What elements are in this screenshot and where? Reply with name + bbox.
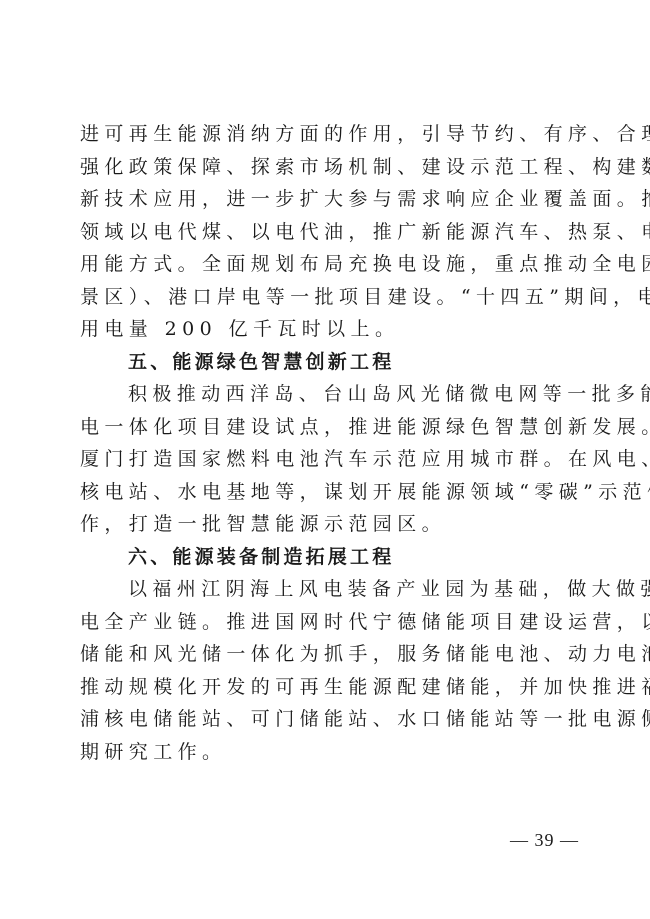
text-line: 强化政策保障、探索市场机制、建设示范工程、构建数字平台、创 xyxy=(80,151,576,184)
text-line: 储能和风光储一体化为抓手，服务储能电池、动力电池产业发展。 xyxy=(80,638,576,671)
text-line: 用能方式。全面规划布局充换电设施，重点推动全电园区（小区、 xyxy=(80,248,576,281)
document-page: 进可再生能源消纳方面的作用，引导节约、有序、合理用电。通过 强化政策保障、探索市… xyxy=(80,118,576,768)
section-heading-green-smart-innovation: 五、能源绿色智慧创新工程 xyxy=(80,346,576,379)
paragraph-green-smart-innovation: 积极推动西洋岛、台山岛风光储微电网等一批多能互补、风光 电一体化项目建设试点，推… xyxy=(80,378,576,541)
text-line: 积极推动西洋岛、台山岛风光储微电网等一批多能互补、风光 xyxy=(80,378,576,411)
text-line: 期研究工作。 xyxy=(80,736,576,769)
text-line: 电一体化项目建设试点，推进能源绿色智慧创新发展。促进福州、 xyxy=(80,411,576,444)
text-line: 推动规模化开发的可再生能源配建储能，并加快推进福清核电和霞 xyxy=(80,671,576,704)
paragraph-equipment-manufacturing: 以福州江阴海上风电装备产业园为基础，做大做强我省海上风 电全产业链。推进国网时代… xyxy=(80,573,576,768)
paragraph-electrification: 进可再生能源消纳方面的作用，引导节约、有序、合理用电。通过 强化政策保障、探索市… xyxy=(80,118,576,346)
text-line: 电全产业链。推进国网时代宁德储能项目建设运营，以推广局部电 xyxy=(80,606,576,639)
text-line: 厦门打造国家燃料电池汽车示范应用城市群。在风电、光伏电站、 xyxy=(80,443,576,476)
page-number: — 39 — xyxy=(510,830,579,851)
text-line: 作，打造一批智慧能源示范园区。 xyxy=(80,508,576,541)
text-line: 景区）、港口岸电等一批项目建设。“十四五”期间，电能替代新增 xyxy=(80,281,576,314)
text-line: 核电站、水电基地等，谋划开展能源领域“零碳”示范体系创建工 xyxy=(80,476,576,509)
section-heading-equipment-manufacturing: 六、能源装备制造拓展工程 xyxy=(80,541,576,574)
text-line: 领域以电代煤、以电代油，推广新能源汽车、热泵、电窑炉等新型 xyxy=(80,216,576,249)
text-line: 进可再生能源消纳方面的作用，引导节约、有序、合理用电。通过 xyxy=(80,118,576,151)
text-line: 浦核电储能站、可门储能站、水口储能站等一批电源侧储能项目前 xyxy=(80,703,576,736)
text-line: 新技术应用，进一步扩大参与需求响应企业覆盖面。推进终端用能 xyxy=(80,183,576,216)
text-line: 用电量 200 亿千瓦时以上。 xyxy=(80,313,576,346)
text-line: 以福州江阴海上风电装备产业园为基础，做大做强我省海上风 xyxy=(80,573,576,606)
